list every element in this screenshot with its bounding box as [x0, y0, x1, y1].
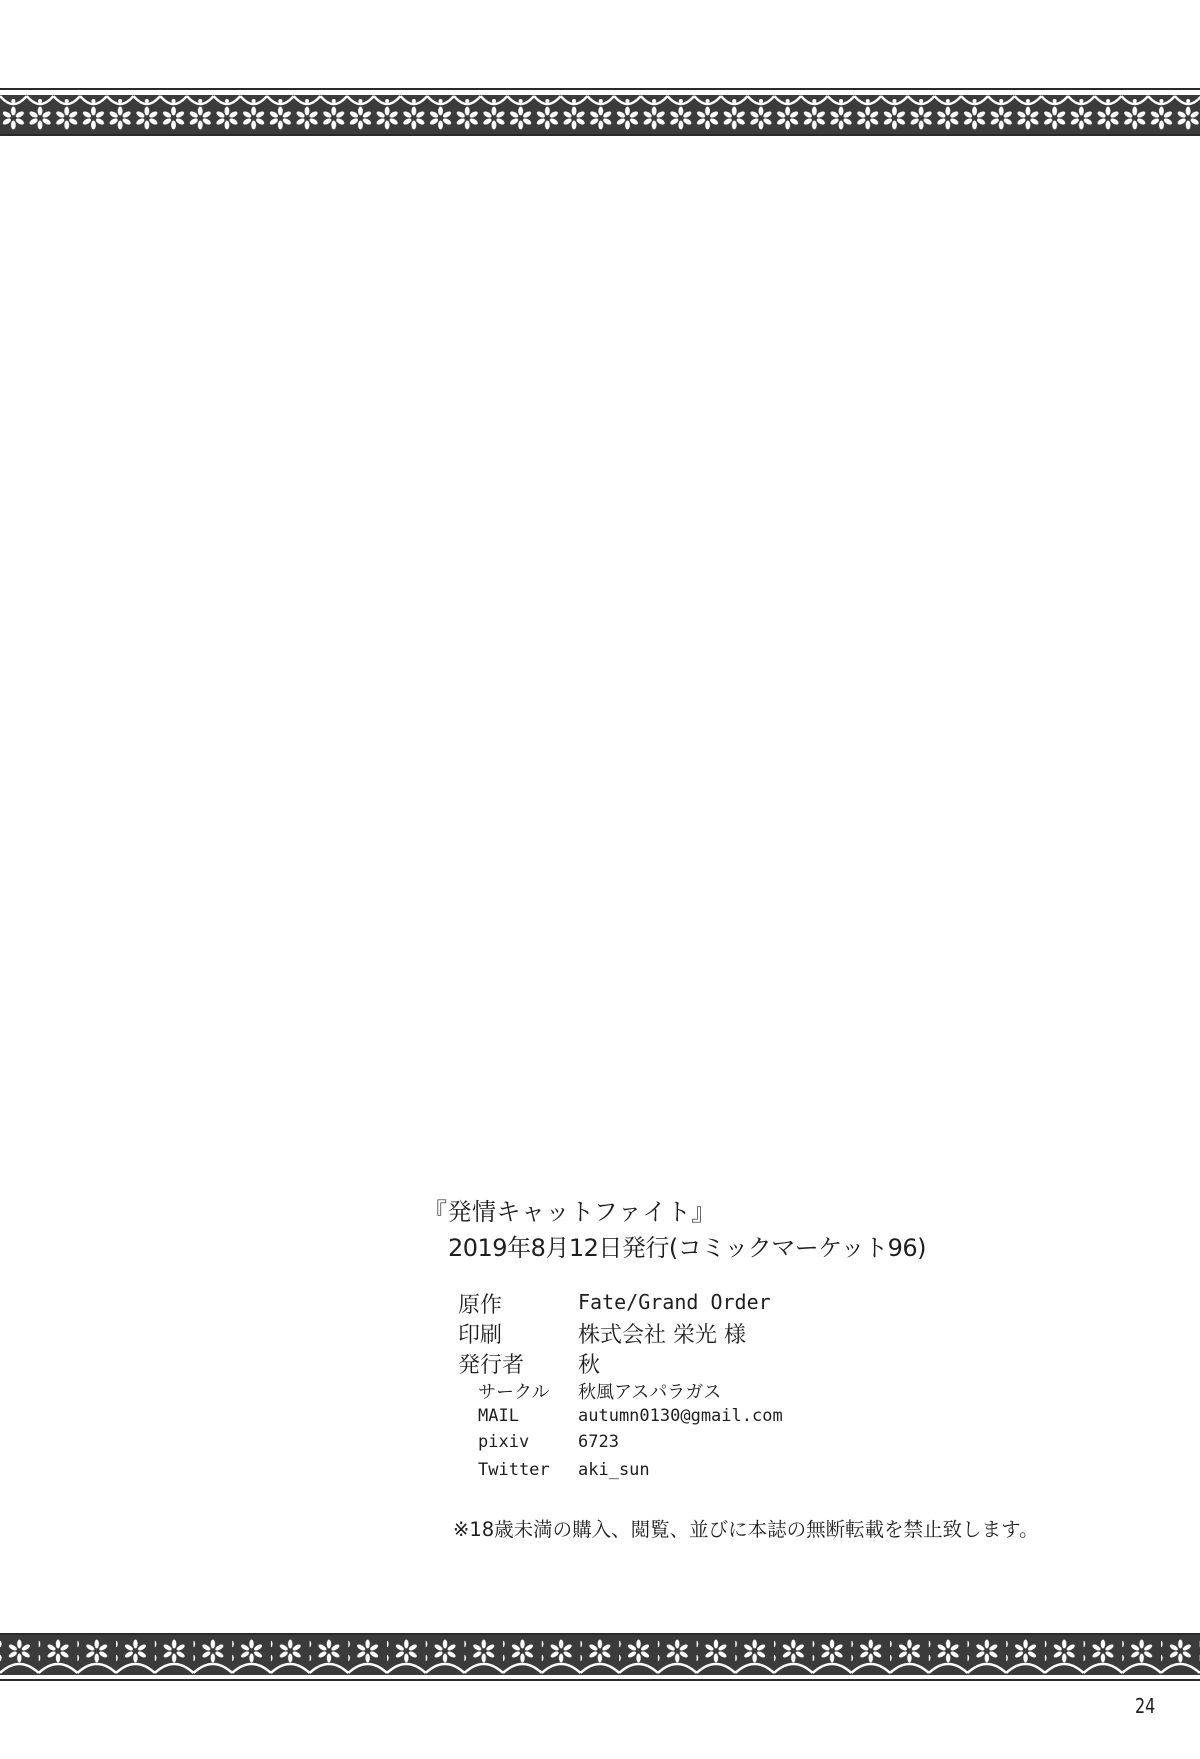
contact-label-twitter: Twitter	[478, 1460, 550, 1480]
credit-value-original-work: Fate/Grand Order	[578, 1290, 771, 1314]
contact-value-circle: 秋風アスパラガス	[578, 1378, 721, 1404]
credit-label-printing: 印刷	[458, 1318, 502, 1349]
contact-label-pixiv: pixiv	[478, 1432, 529, 1452]
credit-value-printing: 株式会社 栄光 様	[578, 1318, 746, 1349]
contact-value-mail: autumn0130@gmail.com	[578, 1406, 783, 1426]
age-restriction-notice: ※18歳未満の購入、閲覧、並びに本誌の無断転載を禁止致します。	[453, 1514, 1039, 1542]
bottom-lace-border	[0, 1633, 1200, 1681]
lace-pattern-icon	[0, 90, 1200, 134]
contact-value-pixiv: 6723	[578, 1432, 619, 1452]
contact-value-twitter: aki_sun	[578, 1460, 650, 1480]
credit-label-publisher: 発行者	[458, 1348, 524, 1379]
top-lace-border	[0, 88, 1200, 136]
contact-label-mail: MAIL	[478, 1406, 519, 1426]
contact-label-circle: サークル	[478, 1378, 549, 1404]
lace-pattern-icon	[0, 1635, 1200, 1679]
page-number: 24	[1135, 1694, 1155, 1718]
credit-value-publisher: 秋	[578, 1348, 600, 1379]
credit-label-original-work: 原作	[458, 1288, 502, 1319]
book-title: 『発情キャットファイト』	[423, 1192, 716, 1227]
publication-date: 2019年8月12日発行(コミックマーケット96)	[448, 1228, 926, 1263]
